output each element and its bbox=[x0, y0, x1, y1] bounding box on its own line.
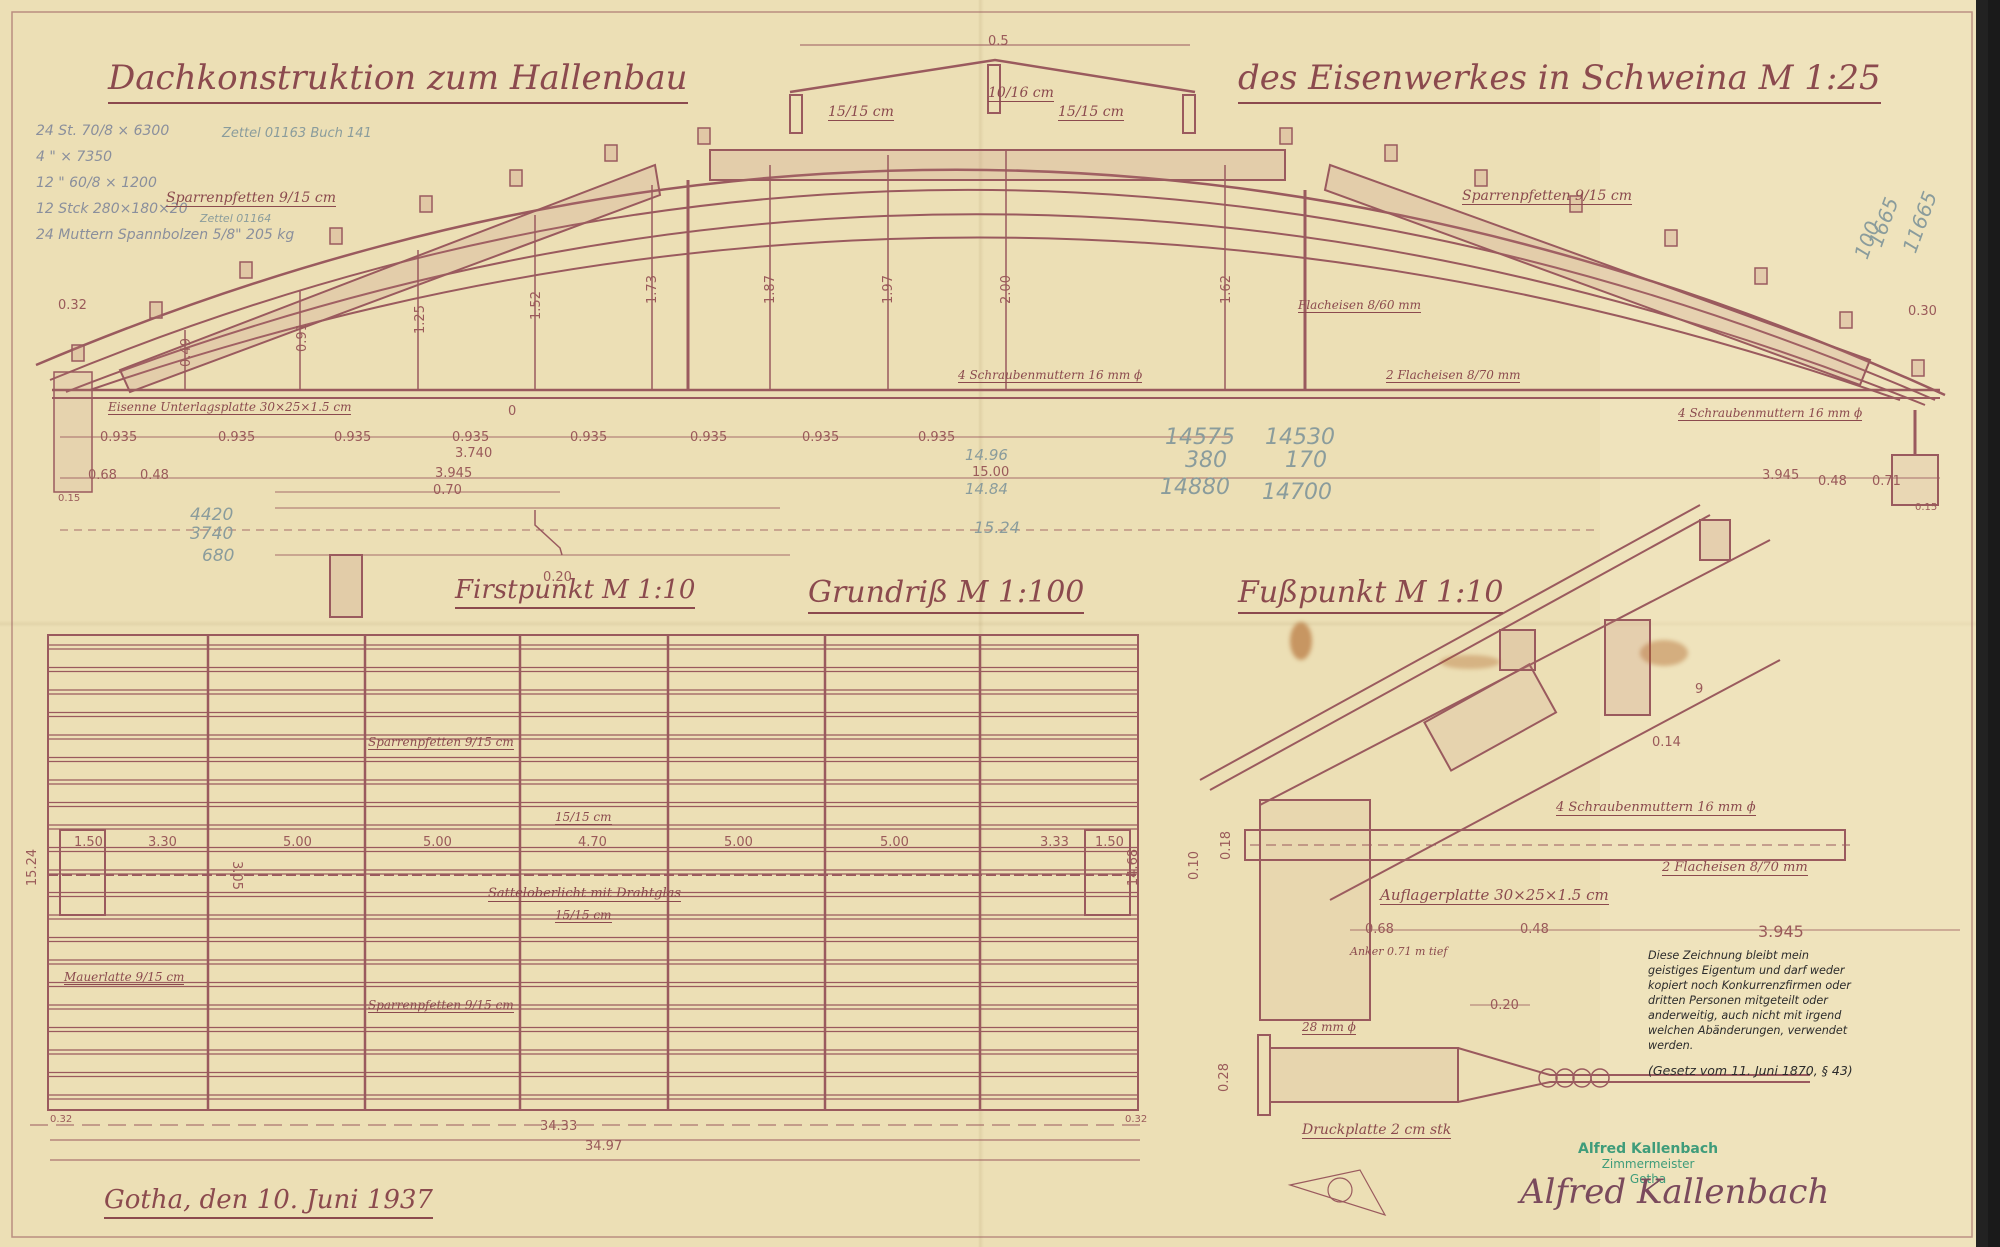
foot-dim: 0.68 bbox=[1365, 922, 1394, 937]
calc-note: 14575 bbox=[1165, 425, 1235, 450]
plan-width-right: 14.68 bbox=[1126, 849, 1141, 886]
rust-stain bbox=[1440, 655, 1500, 669]
post-height: 1.87 bbox=[763, 275, 778, 304]
dim-span-c: 14.84 bbox=[965, 480, 1008, 498]
dim-left-a: 0.68 bbox=[88, 468, 117, 483]
spacing-dim: 0.935 bbox=[100, 430, 137, 445]
plan-skylight: Satteloberlicht mit Drahtglas bbox=[488, 886, 681, 902]
plan-purlin-top: Sparrenpfetten 9/15 cm bbox=[368, 735, 514, 750]
dim-half-span: 3.945 bbox=[435, 466, 472, 481]
dim-span-b: 15.00 bbox=[972, 465, 1009, 480]
signature: Alfred Kallenbach bbox=[1520, 1172, 1829, 1212]
reference-note: Zettel 01164 bbox=[200, 212, 271, 225]
plan-width-left: 15.24 bbox=[25, 849, 40, 886]
post-height: 2.00 bbox=[999, 275, 1014, 304]
rod-diameter-label: 28 mm ϕ bbox=[1302, 1020, 1356, 1035]
post-height: 1.52 bbox=[529, 291, 544, 320]
material-note: 24 Muttern Spannbolzen 5/8" 205 kg bbox=[36, 222, 294, 248]
material-note: 4 " × 7350 bbox=[36, 144, 294, 170]
drawing-title-left: Dachkonstruktion zum Hallenbau bbox=[108, 58, 688, 104]
spacing-dim: 0.935 bbox=[334, 430, 371, 445]
plan-edge-left: 0.32 bbox=[50, 1114, 72, 1125]
bolt-label-center: 4 Schraubenmuttern 16 mm ϕ bbox=[958, 368, 1142, 383]
plan-ridge-beam-2: 15/15 cm bbox=[555, 908, 612, 923]
foot-detail-heading: Fußpunkt M 1:10 bbox=[1238, 575, 1503, 614]
base-plate-label: Eisenne Unterlagsplatte 30×25×1.5 cm bbox=[108, 400, 351, 415]
ridge-label-center: 10/16 cm bbox=[988, 85, 1054, 102]
bearing-plate-label: Auflagerplatte 30×25×1.5 cm bbox=[1380, 886, 1609, 905]
spacing-dim: 0.935 bbox=[918, 430, 955, 445]
post-height: 1.62 bbox=[1219, 275, 1234, 304]
bay-dim: 4.70 bbox=[578, 835, 607, 850]
foot-dim: 3.945 bbox=[1758, 922, 1804, 941]
stamp-role: Zimmermeister bbox=[1578, 1157, 1718, 1172]
scan-edge bbox=[1976, 0, 1988, 1247]
plan-wall-plate: Mauerlatte 9/15 cm bbox=[64, 970, 184, 985]
foot-dim: 0.20 bbox=[1490, 998, 1519, 1013]
dim-left-b: 0.48 bbox=[140, 468, 169, 483]
bolt-label-right: 4 Schraubenmuttern 16 mm ϕ bbox=[1678, 406, 1862, 421]
foot-dim: 0.28 bbox=[1217, 1063, 1232, 1092]
copyright-text: Diese Zeichnung bleibt mein geistiges Ei… bbox=[1648, 948, 1858, 1053]
foot-flat-iron-label: 2 Flacheisen 8/70 mm bbox=[1662, 860, 1808, 876]
ridge-detail-heading: Firstpunkt M 1:10 bbox=[455, 575, 695, 609]
foot-dim: 0.48 bbox=[1520, 922, 1549, 937]
dim-right-a: 0.48 bbox=[1818, 474, 1847, 489]
blueprint-sheet: Dachkonstruktion zum Hallenbau des Eisen… bbox=[0, 0, 1988, 1247]
ridge-label-right: 15/15 cm bbox=[1058, 104, 1124, 121]
post-height: 1.25 bbox=[413, 305, 428, 334]
reference-note: Zettel 01163 Buch 141 bbox=[222, 126, 372, 141]
tie-rod-label: 2 Flacheisen 8/70 mm bbox=[1386, 368, 1520, 383]
plan-edge-right: 0.32 bbox=[1125, 1114, 1147, 1125]
ridge-label-left: 15/15 cm bbox=[828, 104, 894, 121]
bay-dim: 5.00 bbox=[283, 835, 312, 850]
foot-dim: 0.18 bbox=[1219, 831, 1234, 860]
foot-dim: 9 bbox=[1695, 682, 1703, 697]
dim-right-b: 0.71 bbox=[1872, 474, 1901, 489]
plan-ridge-beam: 15/15 cm bbox=[555, 810, 612, 825]
post-height: 1.97 bbox=[881, 275, 896, 304]
drawing-title-right: des Eisenwerkes in Schweina M 1:25 bbox=[1238, 58, 1881, 104]
purlin-label-left: Sparrenpfetten 9/15 cm bbox=[166, 190, 336, 207]
plan-length-inner: 34.33 bbox=[540, 1119, 577, 1134]
calc-note: 14530 bbox=[1265, 425, 1335, 450]
dim-post-width: 0.15 bbox=[1915, 502, 1937, 513]
post-height: 0.91 bbox=[295, 323, 310, 352]
bay-dim: 5.00 bbox=[880, 835, 909, 850]
spacing-dim: 0.935 bbox=[690, 430, 727, 445]
zero-mark: 0 bbox=[508, 404, 516, 419]
bay-dim: 5.00 bbox=[724, 835, 753, 850]
post-height: 0.49 bbox=[179, 338, 194, 367]
overhang-right: 0.30 bbox=[1908, 304, 1937, 319]
spacing-dim: 0.935 bbox=[452, 430, 489, 445]
calc-note: 170 bbox=[1285, 448, 1327, 473]
copyright-law: (Gesetz vom 11. Juni 1870, § 43) bbox=[1648, 1063, 1858, 1078]
overhang-left: 0.32 bbox=[58, 298, 87, 313]
skylight-width: 3.05 bbox=[229, 861, 244, 890]
dim-right-half: 3.945 bbox=[1762, 468, 1799, 483]
strap-label: Flacheisen 8/60 mm bbox=[1298, 298, 1421, 313]
bay-dim: 1.50 bbox=[1095, 835, 1124, 850]
rust-stain bbox=[1290, 622, 1312, 660]
bay-dim: 1.50 bbox=[74, 835, 103, 850]
foot-dim: 0.10 bbox=[1187, 851, 1202, 880]
floor-plan-heading: Grundriß M 1:100 bbox=[808, 575, 1084, 614]
pressure-plate-label: Druckplatte 2 cm stk bbox=[1302, 1122, 1451, 1139]
spacing-dim: 0.935 bbox=[218, 430, 255, 445]
date-line: Gotha, den 10. Juni 1937 bbox=[104, 1185, 433, 1219]
calc-note: 380 bbox=[1185, 448, 1227, 473]
calc-note: 3740 bbox=[190, 524, 233, 544]
bay-dim: 3.33 bbox=[1040, 835, 1069, 850]
calc-note: 4420 bbox=[190, 505, 233, 525]
dim-span-a: 14.96 bbox=[965, 446, 1008, 464]
ridge-dimension: 0.5 bbox=[988, 34, 1009, 49]
calc-note: 680 bbox=[202, 546, 234, 566]
bay-dim: 5.00 bbox=[423, 835, 452, 850]
purlin-label-right: Sparrenpfetten 9/15 cm bbox=[1462, 188, 1632, 205]
anchor-label: Anker 0.71 m tief bbox=[1350, 945, 1447, 958]
spacing-sum: 3.740 bbox=[455, 446, 492, 461]
calc-note: 14700 bbox=[1262, 480, 1332, 505]
spacing-dim: 0.935 bbox=[802, 430, 839, 445]
dim-span-total: 15.24 bbox=[974, 518, 1020, 537]
post-height: 1.73 bbox=[645, 275, 660, 304]
copyright-notice: Diese Zeichnung bleibt mein geistiges Ei… bbox=[1648, 948, 1858, 1078]
calc-note: 14880 bbox=[1160, 475, 1230, 500]
foot-bolts-label: 4 Schraubenmuttern 16 mm ϕ bbox=[1556, 800, 1756, 816]
dim-ridge-width: 0.70 bbox=[433, 483, 462, 498]
rust-stain bbox=[1640, 640, 1688, 666]
bay-dim: 3.30 bbox=[148, 835, 177, 850]
stamp-name: Alfred Kallenbach bbox=[1578, 1142, 1718, 1157]
spacing-dim: 0.935 bbox=[570, 430, 607, 445]
plan-purlin-bottom: Sparrenpfetten 9/15 cm bbox=[368, 998, 514, 1013]
dim-post-width-left: 0.15 bbox=[58, 493, 80, 504]
foot-dim: 0.14 bbox=[1652, 735, 1681, 750]
plan-length-outer: 34.97 bbox=[585, 1139, 622, 1154]
